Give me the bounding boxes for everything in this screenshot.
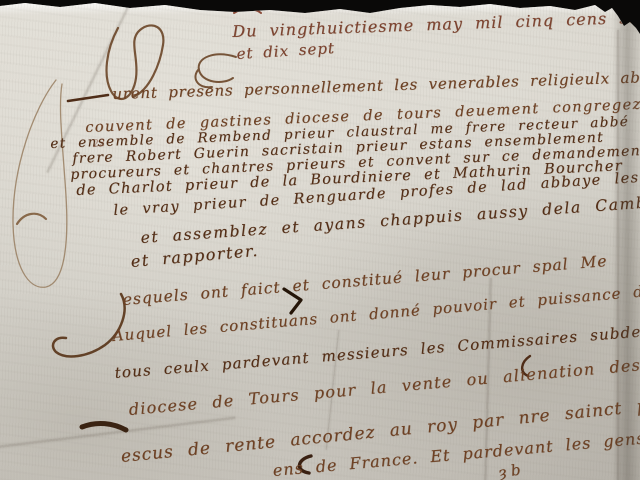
manuscript-paper: Du vingthuictiesme may mil cinq cens soi… (0, 0, 640, 480)
margin-notation: 22 (92, 138, 106, 150)
red-curl-mark (234, 9, 261, 13)
handwritten-line-fragment: ȝ b (497, 461, 522, 480)
paper-edge-shadow (612, 0, 640, 480)
initial-l-swash (53, 294, 125, 356)
bold-dash (82, 423, 126, 430)
margin-loop-flourish (13, 80, 67, 287)
handwritten-line: urent presens personnellement les venera… (112, 67, 640, 103)
photo-background: Du vingthuictiesme may mil cinq cens soi… (0, 0, 640, 480)
margin-loop-flourish (17, 214, 46, 224)
opening-dash (68, 95, 108, 101)
date-heading-line: Du vingthuictiesme may mil cinq cens soi… (232, 6, 640, 41)
date-heading-line: et dix sept (236, 39, 335, 63)
